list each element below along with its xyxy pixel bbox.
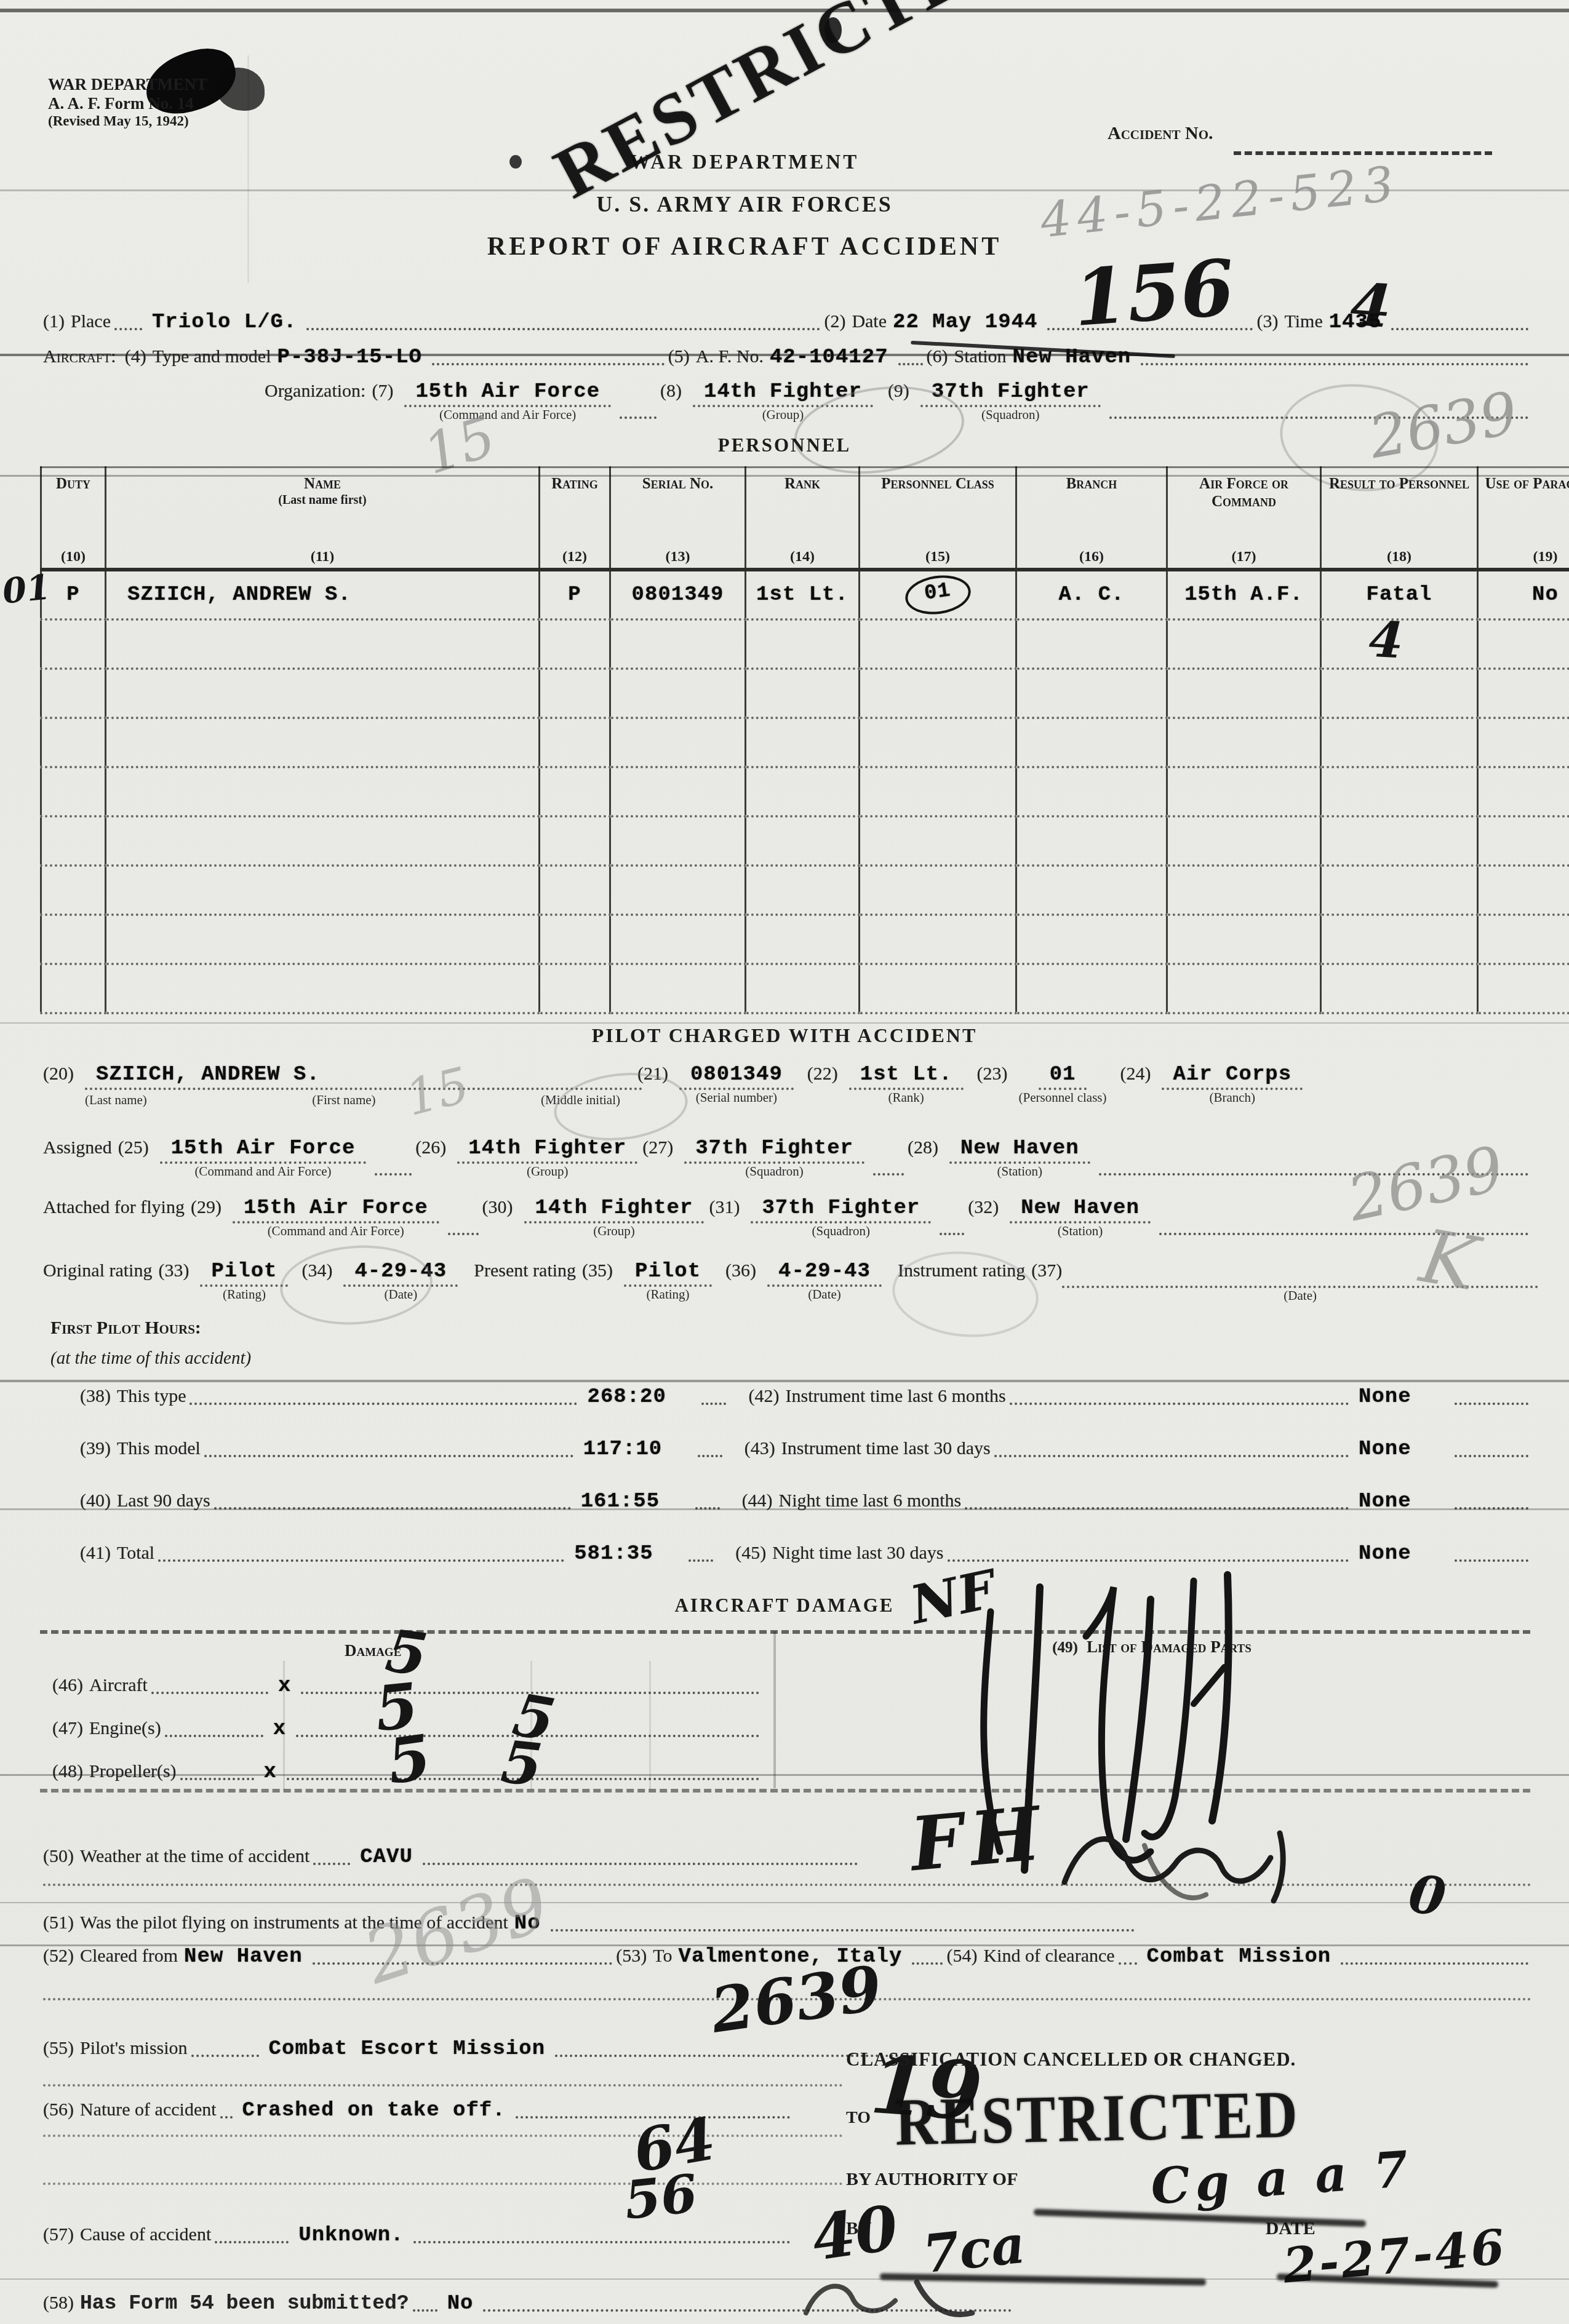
classification-to: TO — [846, 2108, 871, 2128]
cleared-from-label: Cleared from — [80, 1946, 178, 1967]
accident-number-block: Accident No. — [1108, 123, 1213, 144]
original-rating-label: Original rating — [43, 1260, 152, 1281]
hours-subtitle: (at the time of this accident) — [50, 1348, 251, 1369]
pilot-serial-value: 0801349 — [679, 1063, 794, 1090]
nature-label: Nature of accident — [80, 2099, 217, 2120]
pilot-section-title: PILOT CHARGED WITH ACCIDENT — [0, 1024, 1569, 1047]
form-header: WAR DEPARTMENT U. S. ARMY AIR FORCES REP… — [468, 151, 1021, 261]
date-label: Date — [852, 311, 887, 332]
handwritten-40: 40 — [808, 2197, 902, 2269]
parachute-value: No — [1532, 583, 1559, 607]
class-circle: 01 — [903, 571, 973, 618]
form-id-number: A. A. F. Form No. 14 — [48, 94, 207, 113]
instr-6mo-label: Instrument time last 6 months — [785, 1386, 1005, 1407]
scan-streak — [0, 1022, 1569, 1024]
original-rating-field: Pilot(Rating) — [200, 1260, 288, 1302]
rank-value: 1st Lt. — [756, 583, 848, 607]
col-duty: Duty — [56, 476, 90, 493]
instr-6mo-value: None — [1359, 1385, 1445, 1409]
this-type-label: This type — [117, 1386, 186, 1407]
night-6mo-label: Night time last 6 months — [779, 1490, 962, 1511]
parts-scribble-lower — [1046, 1809, 1329, 1913]
this-model-value: 117:10 — [583, 1438, 688, 1461]
time-value: 1435 — [1329, 311, 1382, 334]
airforce-value: 15th A.F. — [1184, 583, 1303, 607]
field-number: (4) — [125, 346, 146, 367]
nature-value: Crashed on take off. — [242, 2099, 506, 2122]
attached-squadron: 37th Fighter(Squadron) — [751, 1196, 931, 1239]
handwritten-56: 56 — [622, 2168, 700, 2227]
handwritten-0: 0 — [1405, 1868, 1448, 1924]
date-value: 22 May 1944 — [893, 311, 1037, 334]
cleared-from-value: New Haven — [184, 1945, 303, 1968]
last-90-value: 161:55 — [581, 1490, 685, 1513]
col-airforce: Air Force or Command — [1172, 476, 1316, 511]
instr-30d-value: None — [1359, 1438, 1445, 1461]
col-branch: Branch — [1066, 476, 1117, 493]
handwritten-FH: FH — [908, 1797, 1050, 1882]
line-mission: (55) Pilot's mission Combat Escort Missi… — [43, 2037, 917, 2061]
aircraft-prefix: Aircraft: — [43, 346, 116, 367]
af-no-label: A. F. No. — [696, 346, 764, 367]
line-place-date-time: (1) Place Triolo L/G. (2) Date 22 May 19… — [43, 311, 1532, 334]
cleared-handwritten-pencil-2639: 2639 — [356, 1868, 558, 1996]
class-value: 01 — [923, 579, 952, 606]
personnel-title: PERSONNEL — [0, 434, 1569, 456]
form54-value: No — [447, 2292, 474, 2315]
accident-no-line — [1234, 151, 1492, 155]
pilot-name-field: SZIICH, ANDREW S. (Last name) (First nam… — [85, 1063, 620, 1108]
col-serial: Serial No. — [642, 476, 713, 493]
total-label: Total — [117, 1543, 154, 1564]
name-value: SZIICH, ANDREW S. — [127, 583, 351, 607]
engine-damage-mark: x — [273, 1717, 286, 1741]
night-6mo-value: None — [1359, 1490, 1445, 1513]
field-number: (3) — [1256, 311, 1278, 332]
attached-station: New Haven(Station) — [1010, 1196, 1151, 1239]
aircraft-damage-mark: x — [278, 1674, 291, 1698]
pilot-branch-value: Air Corps — [1162, 1063, 1303, 1090]
empty-row — [41, 619, 1569, 669]
type-model-label: Type and model — [153, 346, 271, 367]
form-id-dept: WAR DEPARTMENT — [48, 75, 207, 94]
pilot-branch-field: Air Corps (Branch) — [1162, 1063, 1303, 1105]
field-number: (6) — [927, 346, 948, 367]
empty-row — [41, 767, 1569, 816]
engine-damage-label: Engine(s) — [89, 1718, 161, 1739]
night-30d-value: None — [1359, 1542, 1445, 1566]
assigned-squadron: 37th Fighter(Squadron) — [684, 1137, 864, 1179]
pilot-rank-field: 1st Lt. (Rank) — [849, 1063, 964, 1105]
type-model-value: P-38J-15-LO — [277, 346, 422, 369]
last-90-label: Last 90 days — [117, 1490, 210, 1511]
fold-line — [247, 55, 249, 283]
dotted-rule — [43, 2084, 843, 2087]
total-value: 581:35 — [574, 1542, 679, 1566]
field-number: (24) — [1120, 1064, 1151, 1084]
line-assigned: Assigned (25) 15th Air Force(Command and… — [43, 1137, 1532, 1179]
dotted-rule — [43, 1998, 1532, 2000]
hours-row-40: (40)Last 90 days 161:55 (44)Night time l… — [80, 1490, 1532, 1513]
station-label: Station — [954, 346, 1007, 367]
cause-value: Unknown. — [298, 2224, 404, 2247]
pencil-15: 15 — [401, 1061, 474, 1123]
cause-label: Cause of accident — [80, 2224, 211, 2245]
form-id-revised: (Revised May 15, 1942) — [48, 113, 207, 129]
accident-no-label: Accident No. — [1108, 123, 1213, 143]
propeller-damage-mark: x — [264, 1761, 277, 1784]
authority-label: BY AUTHORITY OF — [846, 2169, 1018, 2189]
propeller-damage-label: Propeller(s) — [89, 1761, 177, 1782]
col-result: Result to Personnel — [1329, 476, 1469, 493]
field-number: (23) — [977, 1064, 1008, 1084]
line-cause: (57) Cause of accident Unknown. — [43, 2224, 794, 2247]
accident-no-handwritten: 44-5-22-523 — [1039, 160, 1402, 245]
field-number: (2) — [824, 311, 845, 332]
personnel-header-row: Duty(10) Name(Last name first)(11) Ratin… — [41, 468, 1569, 570]
empty-row — [41, 816, 1569, 866]
mission-label: Pilot's mission — [80, 2038, 188, 2059]
assigned-station: New Haven(Station) — [949, 1137, 1090, 1179]
scan-streak — [0, 1380, 1569, 1382]
col-rank: Rank — [784, 476, 820, 493]
empty-row — [41, 718, 1569, 767]
org-airforce-field: 15th Air Force (Command and Air Force) — [404, 380, 611, 423]
org-airforce-value: 15th Air Force — [404, 380, 611, 407]
field-number: (22) — [807, 1064, 838, 1084]
field-number: (20) — [43, 1064, 74, 1084]
kind-of-clearance-value: Combat Mission — [1147, 1945, 1331, 1968]
hours-row-39: (39)This model 117:10 (43)Instrument tim… — [80, 1438, 1532, 1461]
weather-value: CAVU — [360, 1845, 413, 1869]
line-ratings: Original rating (33) Pilot(Rating) (34) … — [43, 1260, 1532, 1303]
line-attached: Attached for flying (29) 15th Air Force(… — [43, 1196, 1532, 1239]
empty-row — [41, 866, 1569, 915]
organization-prefix: Organization: — [265, 381, 365, 402]
serial-value: 0801349 — [632, 583, 724, 607]
night-30d-label: Night time last 30 days — [772, 1543, 943, 1564]
attached-airforce: 15th Air Force(Command and Air Force) — [233, 1196, 439, 1239]
present-rating-label: Present rating — [474, 1260, 576, 1281]
line-pilot-name: (20) SZIICH, ANDREW S. (Last name) (Firs… — [43, 1063, 1532, 1108]
empty-row — [41, 964, 1569, 1013]
af-no-value: 42-104127 — [770, 346, 888, 369]
field-number: (8) — [660, 381, 682, 402]
col-parachute: Use of Parachute — [1485, 476, 1569, 493]
mission-value: Combat Escort Mission — [269, 2037, 545, 2061]
line-aircraft: Aircraft: (4) Type and model P-38J-15-LO… — [43, 346, 1532, 369]
this-type-value: 268:20 — [587, 1385, 692, 1409]
header-title: REPORT OF AIRCRAFT ACCIDENT — [468, 232, 1021, 261]
hours-title: First Pilot Hours: — [50, 1318, 201, 1339]
pilot-rank-value: 1st Lt. — [849, 1063, 964, 1090]
assigned-group: 14th Fighter(Group) — [457, 1137, 637, 1179]
field-number: (1) — [43, 311, 65, 332]
ink-blob — [215, 68, 265, 111]
result-handwritten-4: 4 — [1368, 615, 1405, 666]
margin-handwritten-01: 01 — [1, 570, 52, 609]
assigned-airforce: 15th Air Force(Command and Air Force) — [160, 1137, 367, 1179]
hours-row-38: (38)This type 268:20 (42)Instrument time… — [80, 1385, 1532, 1409]
pilot-name-value: SZIICH, ANDREW S. — [85, 1063, 642, 1090]
classification-line1: CLASSIFICATION CANCELLED OR CHANGED. — [846, 2048, 1532, 2071]
dotted-rule — [43, 2135, 843, 2137]
duty-value: P — [66, 583, 79, 607]
present-rating-date: 4-29-43(Date) — [767, 1260, 882, 1302]
place-value: Triolo L/G. — [152, 311, 297, 334]
damage-hw-mark: 5 — [498, 1733, 545, 1795]
rating-value: P — [568, 583, 581, 607]
pilot-class-field: 01 (Personnel class) — [1019, 1063, 1107, 1105]
line-weather: (50) Weather at the time of accident CAV… — [43, 1845, 861, 1869]
place-label: Place — [71, 311, 111, 332]
dotted-rule — [43, 2183, 843, 2185]
form54-label: Has Form 54 been submitted? — [80, 2292, 409, 2315]
personnel-data-row: P SZIICH, ANDREW S. P 0801349 1st Lt. 01… — [41, 570, 1569, 619]
pencil-scribble — [277, 1241, 435, 1330]
empty-row — [41, 915, 1569, 964]
col-class: Personnel Class — [881, 476, 994, 493]
org-squadron-sublabel: (Squadron) — [981, 407, 1039, 423]
pilot-class-value: 01 — [1039, 1063, 1087, 1090]
weather-label: Weather at the time of accident — [80, 1846, 309, 1867]
form54-scribble — [788, 2270, 997, 2324]
aircraft-damage-label: Aircraft — [89, 1675, 148, 1696]
scanned-accident-report-page: WAR DEPARTMENT A. A. F. Form No. 14 (Rev… — [0, 0, 1569, 2324]
field-number: (5) — [668, 346, 690, 367]
kind-of-clearance-label: Kind of clearance — [983, 1946, 1114, 1967]
instr-30d-label: Instrument time last 30 days — [781, 1438, 991, 1459]
station-value: New Haven — [1013, 346, 1132, 369]
damage-hw-mark: 5 — [383, 1726, 434, 1793]
assigned-label: Assigned — [43, 1137, 112, 1158]
attached-group: 14th Fighter(Group) — [524, 1196, 705, 1239]
to-label: To — [653, 1946, 672, 1967]
pilot-serial-field: 0801349 (Serial number) — [679, 1063, 794, 1105]
this-model-label: This model — [117, 1438, 201, 1459]
present-rating-field: Pilot(Rating) — [624, 1260, 712, 1302]
attached-label: Attached for flying — [43, 1197, 185, 1218]
org-group-sublabel: (Group) — [762, 407, 804, 423]
personnel-table: Duty(10) Name(Last name first)(11) Ratin… — [40, 466, 1569, 1014]
col-rating: Rating — [551, 476, 598, 493]
restricted-stamp-2: RESTRICTED — [895, 2075, 1301, 2161]
col-name: Name — [304, 476, 341, 492]
branch-value: A. C. — [1058, 583, 1124, 607]
result-value: Fatal — [1366, 583, 1432, 607]
line-instruments: (51) Was the pilot flying on instruments… — [43, 1912, 1138, 1935]
dotted-rule — [43, 1884, 1532, 1886]
empty-row — [41, 669, 1569, 718]
header-forces: U. S. ARMY AIR FORCES — [468, 191, 1021, 217]
time-label: Time — [1284, 311, 1322, 332]
field-number: (7) — [372, 381, 393, 402]
form-identification: WAR DEPARTMENT A. A. F. Form No. 14 (Rev… — [48, 75, 207, 130]
